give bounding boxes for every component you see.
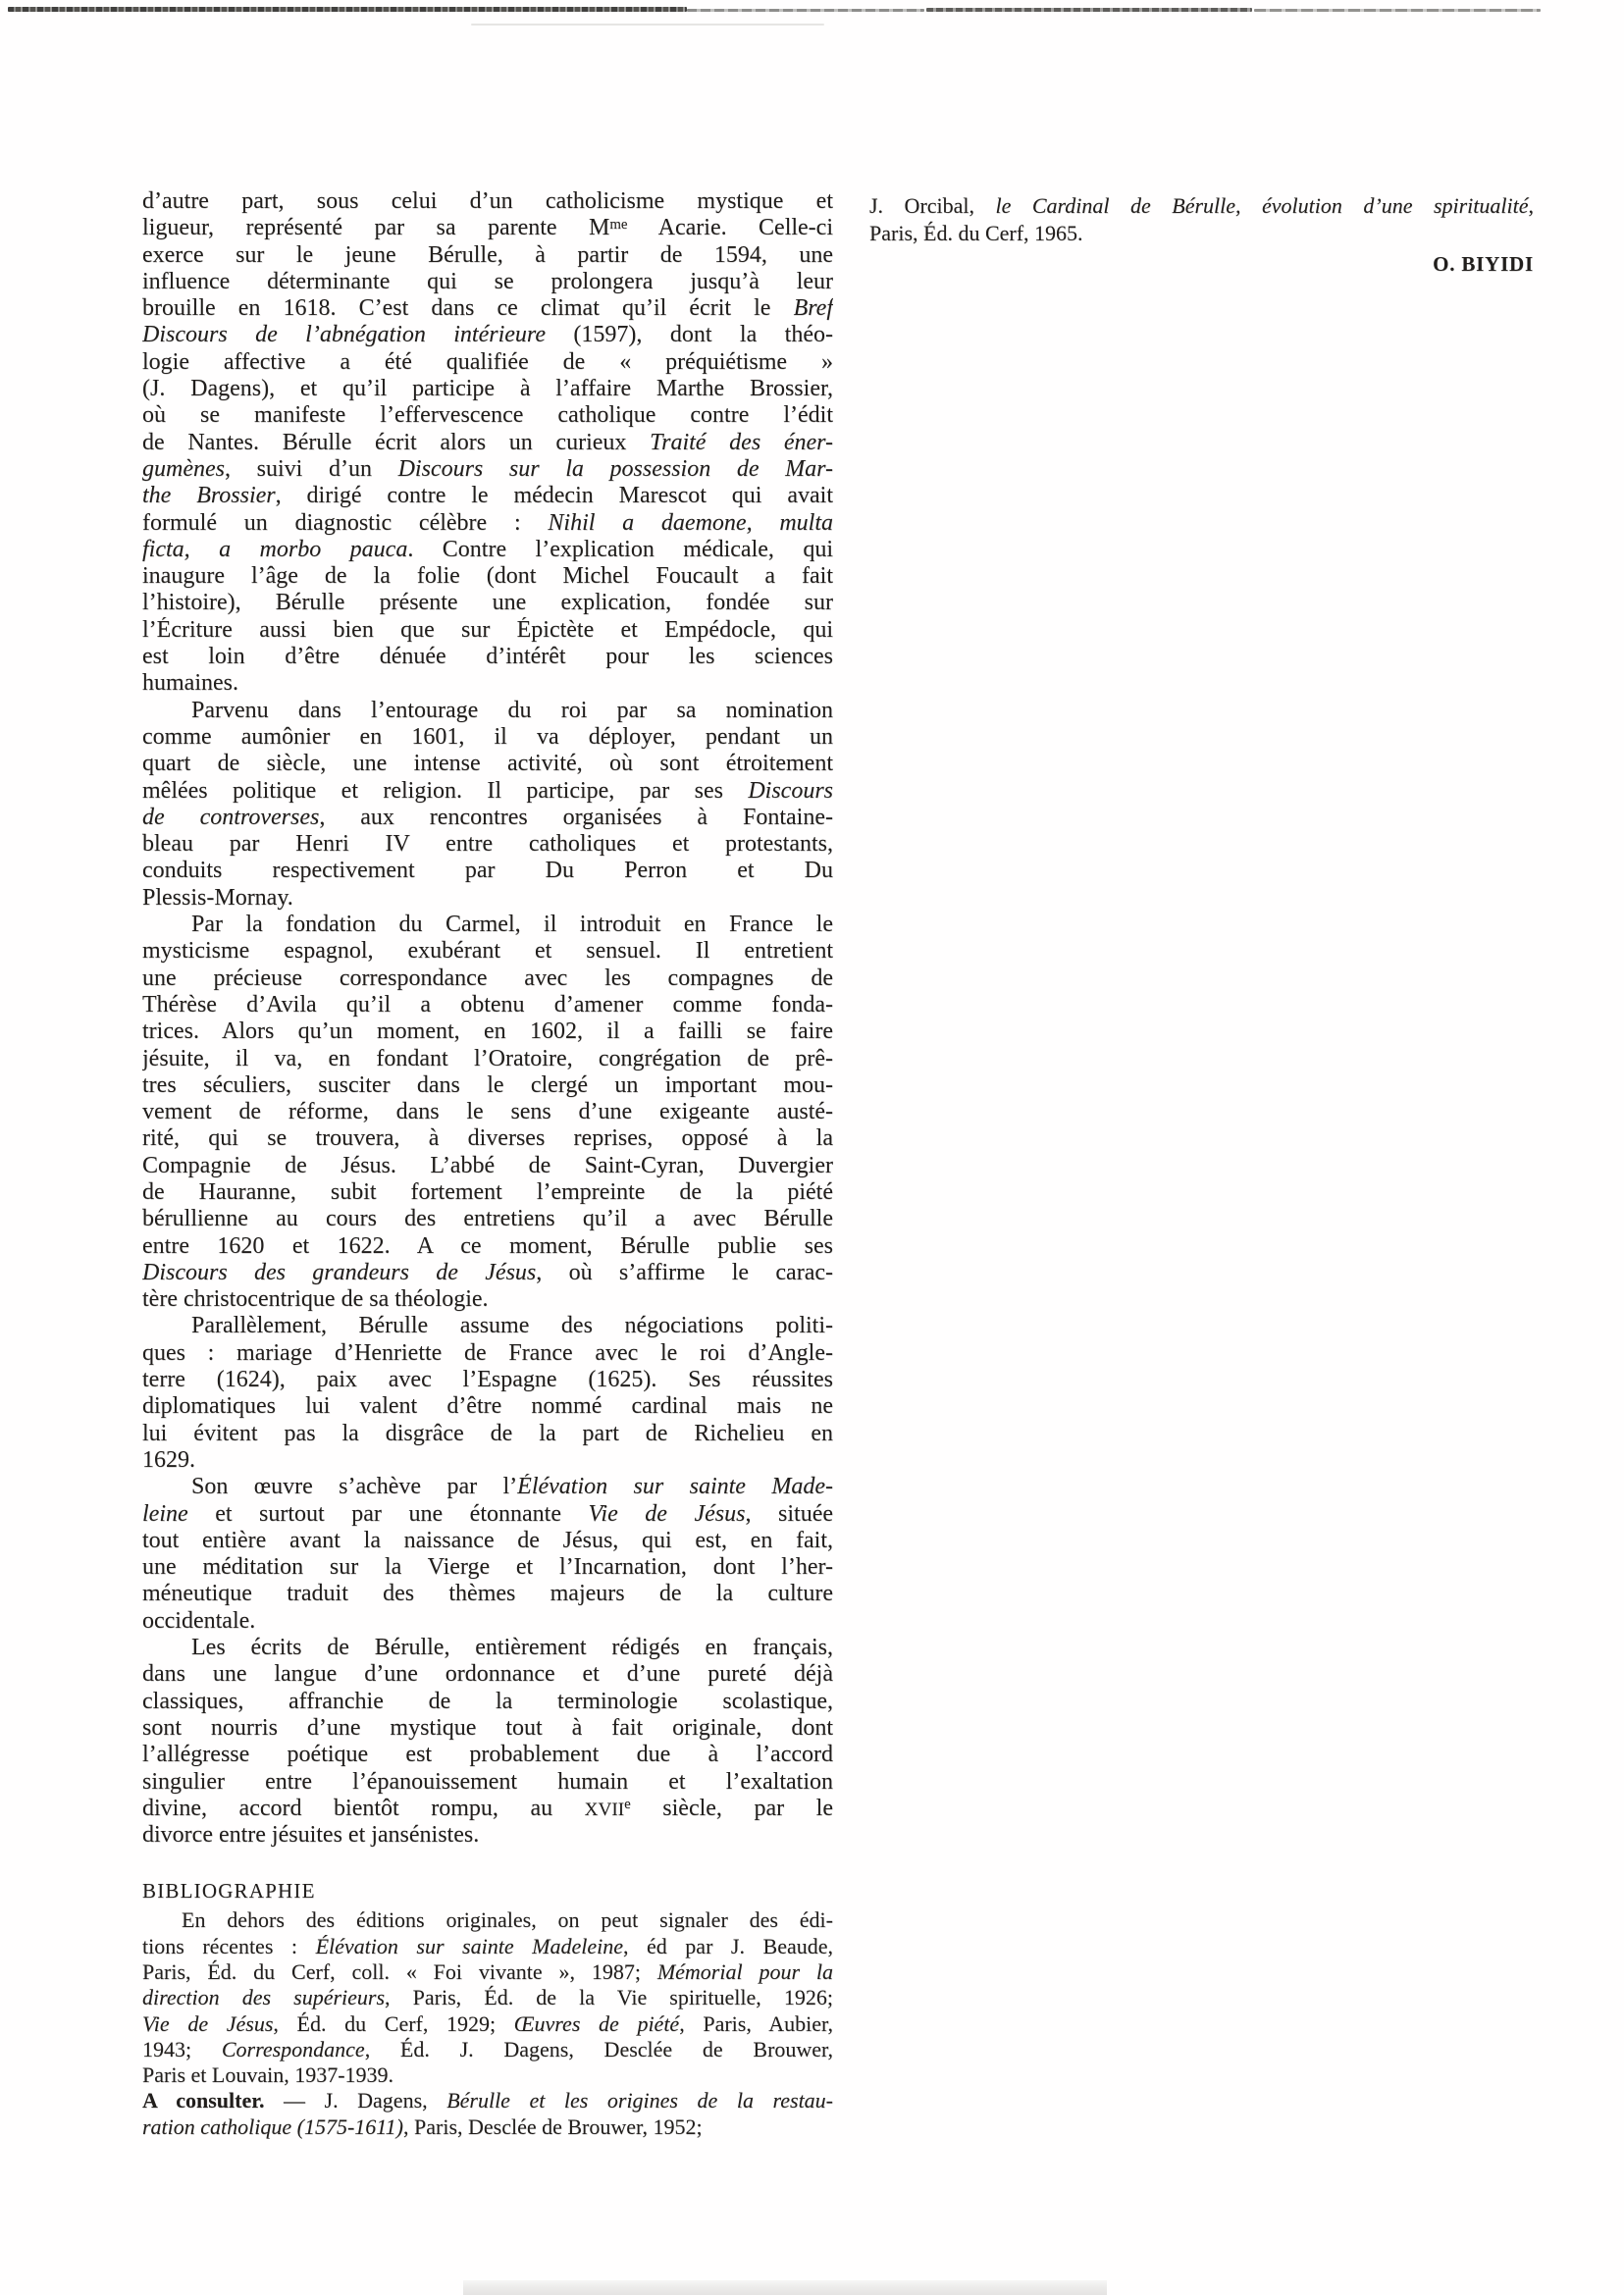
- text-line: diplomatiques lui valent d’être nommé ca…: [142, 1393, 833, 1420]
- text-line: vement de réforme, dans le sens d’une ex…: [142, 1099, 833, 1125]
- text-line: dans une langue d’une ordonnance et d’un…: [142, 1661, 833, 1688]
- text-line: Paris, Éd. du Cerf, coll. « Foi vivante …: [142, 1959, 833, 1985]
- text-line: influence déterminante qui se prolongera…: [142, 269, 833, 295]
- text-line: d’autre part, sous celui d’un catholicis…: [142, 188, 833, 215]
- text-line: Thérèse d’Avila qu’il a obtenu d’amener …: [142, 992, 833, 1018]
- text-line: quart de siècle, une intense activité, o…: [142, 751, 833, 777]
- text-line: l’histoire), Bérulle présente une explic…: [142, 590, 833, 616]
- text-line: 1943; Correspondance, Éd. J. Dagens, Des…: [142, 2037, 833, 2062]
- text-line: classiques, affranchie de la terminologi…: [142, 1689, 833, 1715]
- text-line: sont nourris d’une mystique tout à fait …: [142, 1715, 833, 1742]
- author-signature: O. BIYIDI: [869, 252, 1534, 277]
- text-line: bleau par Henri IV entre catholiques et …: [142, 831, 833, 858]
- text-line: Vie de Jésus, Éd. du Cerf, 1929; Œuvres …: [142, 2011, 833, 2037]
- text-line: comme aumônier en 1601, il va déployer, …: [142, 724, 833, 751]
- text-line: lui évitent pas la disgrâce de la part d…: [142, 1421, 833, 1447]
- text-line: conduits respectivement par Du Perron et…: [142, 858, 833, 884]
- right-column: J. Orcibal, le Cardinal de Bérulle, évol…: [869, 192, 1534, 277]
- text-line: est loin d’être dénuée d’intérêt pour le…: [142, 644, 833, 670]
- text-line: tère christocentrique de sa théologie.: [142, 1286, 833, 1313]
- text-line: Parvenu dans l’entourage du roi par sa n…: [142, 698, 833, 724]
- text-line: Discours de l’abnégation intérieure (159…: [142, 322, 833, 348]
- text-line: jésuite, il va, en fondant l’Oratoire, c…: [142, 1046, 833, 1072]
- text-line: A consulter. — J. Dagens, Bérulle et les…: [142, 2088, 833, 2113]
- text-line: de Nantes. Bérulle écrit alors un curieu…: [142, 430, 833, 456]
- text-line: brouille en 1618. C’est dans ce climat q…: [142, 295, 833, 322]
- text-line: de controverses, aux rencontres organisé…: [142, 805, 833, 831]
- scanned-page: d’autre part, sous celui d’un catholicis…: [0, 0, 1624, 2295]
- bibliography-section: En dehors des éditions originales, on pe…: [142, 1907, 833, 2140]
- text-line: the Brossier, dirigé contre le médecin M…: [142, 483, 833, 509]
- text-line: l’Écriture aussi bien que sur Épictète e…: [142, 617, 833, 644]
- text-line: singulier entre l’épanouissement humain …: [142, 1769, 833, 1796]
- scan-mark: [8, 7, 687, 12]
- left-column: d’autre part, sous celui d’un catholicis…: [142, 188, 833, 2140]
- text-line: direction des supérieurs, Paris, Éd. de …: [142, 1985, 833, 2010]
- text-line: Paris et Louvain, 1937-1939.: [142, 2062, 833, 2088]
- text-line: mêlées politique et religion. Il partici…: [142, 778, 833, 805]
- text-line: Plessis-Mornay.: [142, 885, 833, 912]
- text-line: exerce sur le jeune Bérulle, à partir de…: [142, 242, 833, 269]
- text-line: où se manifeste l’effervescence catholiq…: [142, 402, 833, 429]
- text-line: trices. Alors qu’un moment, en 1602, il …: [142, 1018, 833, 1045]
- text-line: mysticisme espagnol, exubérant et sensue…: [142, 938, 833, 965]
- reference-note: J. Orcibal, le Cardinal de Bérulle, évol…: [869, 192, 1534, 246]
- text-line: Paris, Éd. du Cerf, 1965.: [869, 220, 1534, 247]
- text-line: leine et surtout par une étonnante Vie d…: [142, 1501, 833, 1528]
- text-line: ligueur, représenté par sa parente Mme A…: [142, 215, 833, 241]
- text-line: En dehors des éditions originales, on pe…: [142, 1907, 833, 1933]
- text-line: humaines.: [142, 670, 833, 697]
- text-line: l’allégresse poétique est probablement d…: [142, 1742, 833, 1768]
- text-line: Discours des grandeurs de Jésus, où s’af…: [142, 1260, 833, 1286]
- text-line: une précieuse correspondance avec les co…: [142, 965, 833, 992]
- text-line: Parallèlement, Bérulle assume des négoci…: [142, 1313, 833, 1339]
- text-line: de Hauranne, subit fortement l’empreinte…: [142, 1179, 833, 1206]
- text-line: Son œuvre s’achève par l’Élévation sur s…: [142, 1474, 833, 1500]
- text-line: J. Orcibal, le Cardinal de Bérulle, évol…: [869, 192, 1534, 220]
- text-line: inaugure l’âge de la folie (dont Michel …: [142, 563, 833, 590]
- article-text: d’autre part, sous celui d’un catholicis…: [142, 188, 833, 1849]
- text-line: tions récentes : Élévation sur sainte Ma…: [142, 1934, 833, 1959]
- scan-mark: [1254, 9, 1541, 12]
- text-line: tres séculiers, susciter dans le clergé …: [142, 1072, 833, 1099]
- text-line: ration catholique (1575-1611), Paris, De…: [142, 2114, 833, 2140]
- text-line: 1629.: [142, 1447, 833, 1474]
- text-line: Compagnie de Jésus. L’abbé de Saint-Cyra…: [142, 1153, 833, 1179]
- scan-mark: [926, 8, 1252, 12]
- text-line: terre (1624), paix avec l’Espagne (1625)…: [142, 1367, 833, 1393]
- text-line: divorce entre jésuites et jansénistes.: [142, 1822, 833, 1849]
- bibliography-heading: BIBLIOGRAPHIE: [142, 1879, 833, 1904]
- scan-mark: [687, 9, 924, 12]
- scan-artifact-top: [0, 0, 1624, 41]
- text-line: Par la fondation du Carmel, il introduit…: [142, 912, 833, 938]
- text-line: bérullienne au cours des entretiens qu’i…: [142, 1206, 833, 1232]
- text-line: logie affective a été qualifiée de « pré…: [142, 349, 833, 376]
- text-line: gumènes, suivi d’un Discours sur la poss…: [142, 456, 833, 483]
- text-line: formulé un diagnostic célèbre : Nihil a …: [142, 510, 833, 537]
- scan-mark: [471, 24, 824, 26]
- text-line: une méditation sur la Vierge et l’Incarn…: [142, 1554, 833, 1581]
- text-line: rité, qui se trouvera, à diverses repris…: [142, 1125, 833, 1152]
- text-line: entre 1620 et 1622. A ce moment, Bérulle…: [142, 1233, 833, 1260]
- text-line: ficta, a morbo pauca. Contre l’explicati…: [142, 537, 833, 563]
- text-line: occidentale.: [142, 1608, 833, 1635]
- text-line: Les écrits de Bérulle, entièrement rédig…: [142, 1635, 833, 1661]
- text-line: divine, accord bientôt rompu, au XVIIe s…: [142, 1796, 833, 1822]
- text-line: (J. Dagens), et qu’il participe à l’affa…: [142, 376, 833, 402]
- scan-artifact-bottom: [463, 2280, 1107, 2295]
- text-line: tout entière avant la naissance de Jésus…: [142, 1528, 833, 1554]
- text-line: méneutique traduit des thèmes majeurs de…: [142, 1581, 833, 1607]
- text-line: ques : mariage d’Henriette de France ave…: [142, 1340, 833, 1367]
